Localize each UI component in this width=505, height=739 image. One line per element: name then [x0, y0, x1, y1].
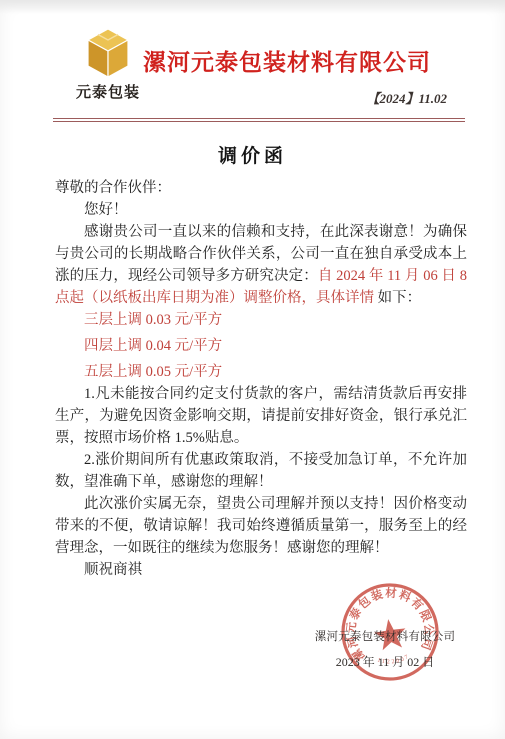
gold-box-icon: [86, 28, 130, 78]
salutation: 尊敬的合作伙伴：: [55, 177, 467, 199]
doc-number: 【2024】11.02: [366, 88, 447, 107]
intro-paragraph: 感谢贵公司一直以来的信赖和支持，在此深表谢意！为确保与贵公司的长期战略合作伙伴关…: [55, 221, 467, 309]
price-line-4layer: 四层上调 0.04 元/平方: [55, 335, 467, 357]
term-item-1: 1.凡未能按合同约定支付货款的客户，需结清货款后再安排生产，为避免因资金影响交期…: [55, 383, 467, 449]
letter-body: 尊敬的合作伙伴： 您好！ 感谢贵公司一直以来的信赖和支持，在此深表谢意！为确保与…: [55, 177, 467, 581]
company-logo: 元泰包装: [76, 28, 140, 102]
closing-paragraph: 此次涨价实属无奈，望贵公司理解并预以支持！因价格变动带来的不便，敬请谅解！我司始…: [55, 493, 467, 559]
signature-date: 2023 年 11 月 02 日: [300, 653, 470, 670]
intro-tail: 如下：: [374, 290, 421, 306]
header-divider: [53, 118, 465, 122]
logo-label: 元泰包装: [76, 81, 140, 102]
price-line-5layer: 五层上调 0.05 元/平方: [55, 361, 467, 383]
greeting: 您好！: [55, 199, 467, 221]
letter-page: 元泰包装 漯河元泰包装材料有限公司 【2024】11.02 调价函 尊敬的合作伙…: [0, 0, 505, 739]
page-title: 调价函: [0, 141, 505, 168]
signature-company: 漯河元泰包装材料有限公司: [300, 628, 470, 644]
photo-edge: [0, 0, 505, 14]
price-line-3layer: 三层上调 0.03 元/平方: [55, 309, 467, 331]
term-item-2: 2.涨价期间所有优惠政策取消，不接受加急订单，不允许加数，望准确下单，感谢您的理…: [55, 449, 467, 493]
company-name: 漯河元泰包装材料有限公司: [143, 44, 443, 77]
